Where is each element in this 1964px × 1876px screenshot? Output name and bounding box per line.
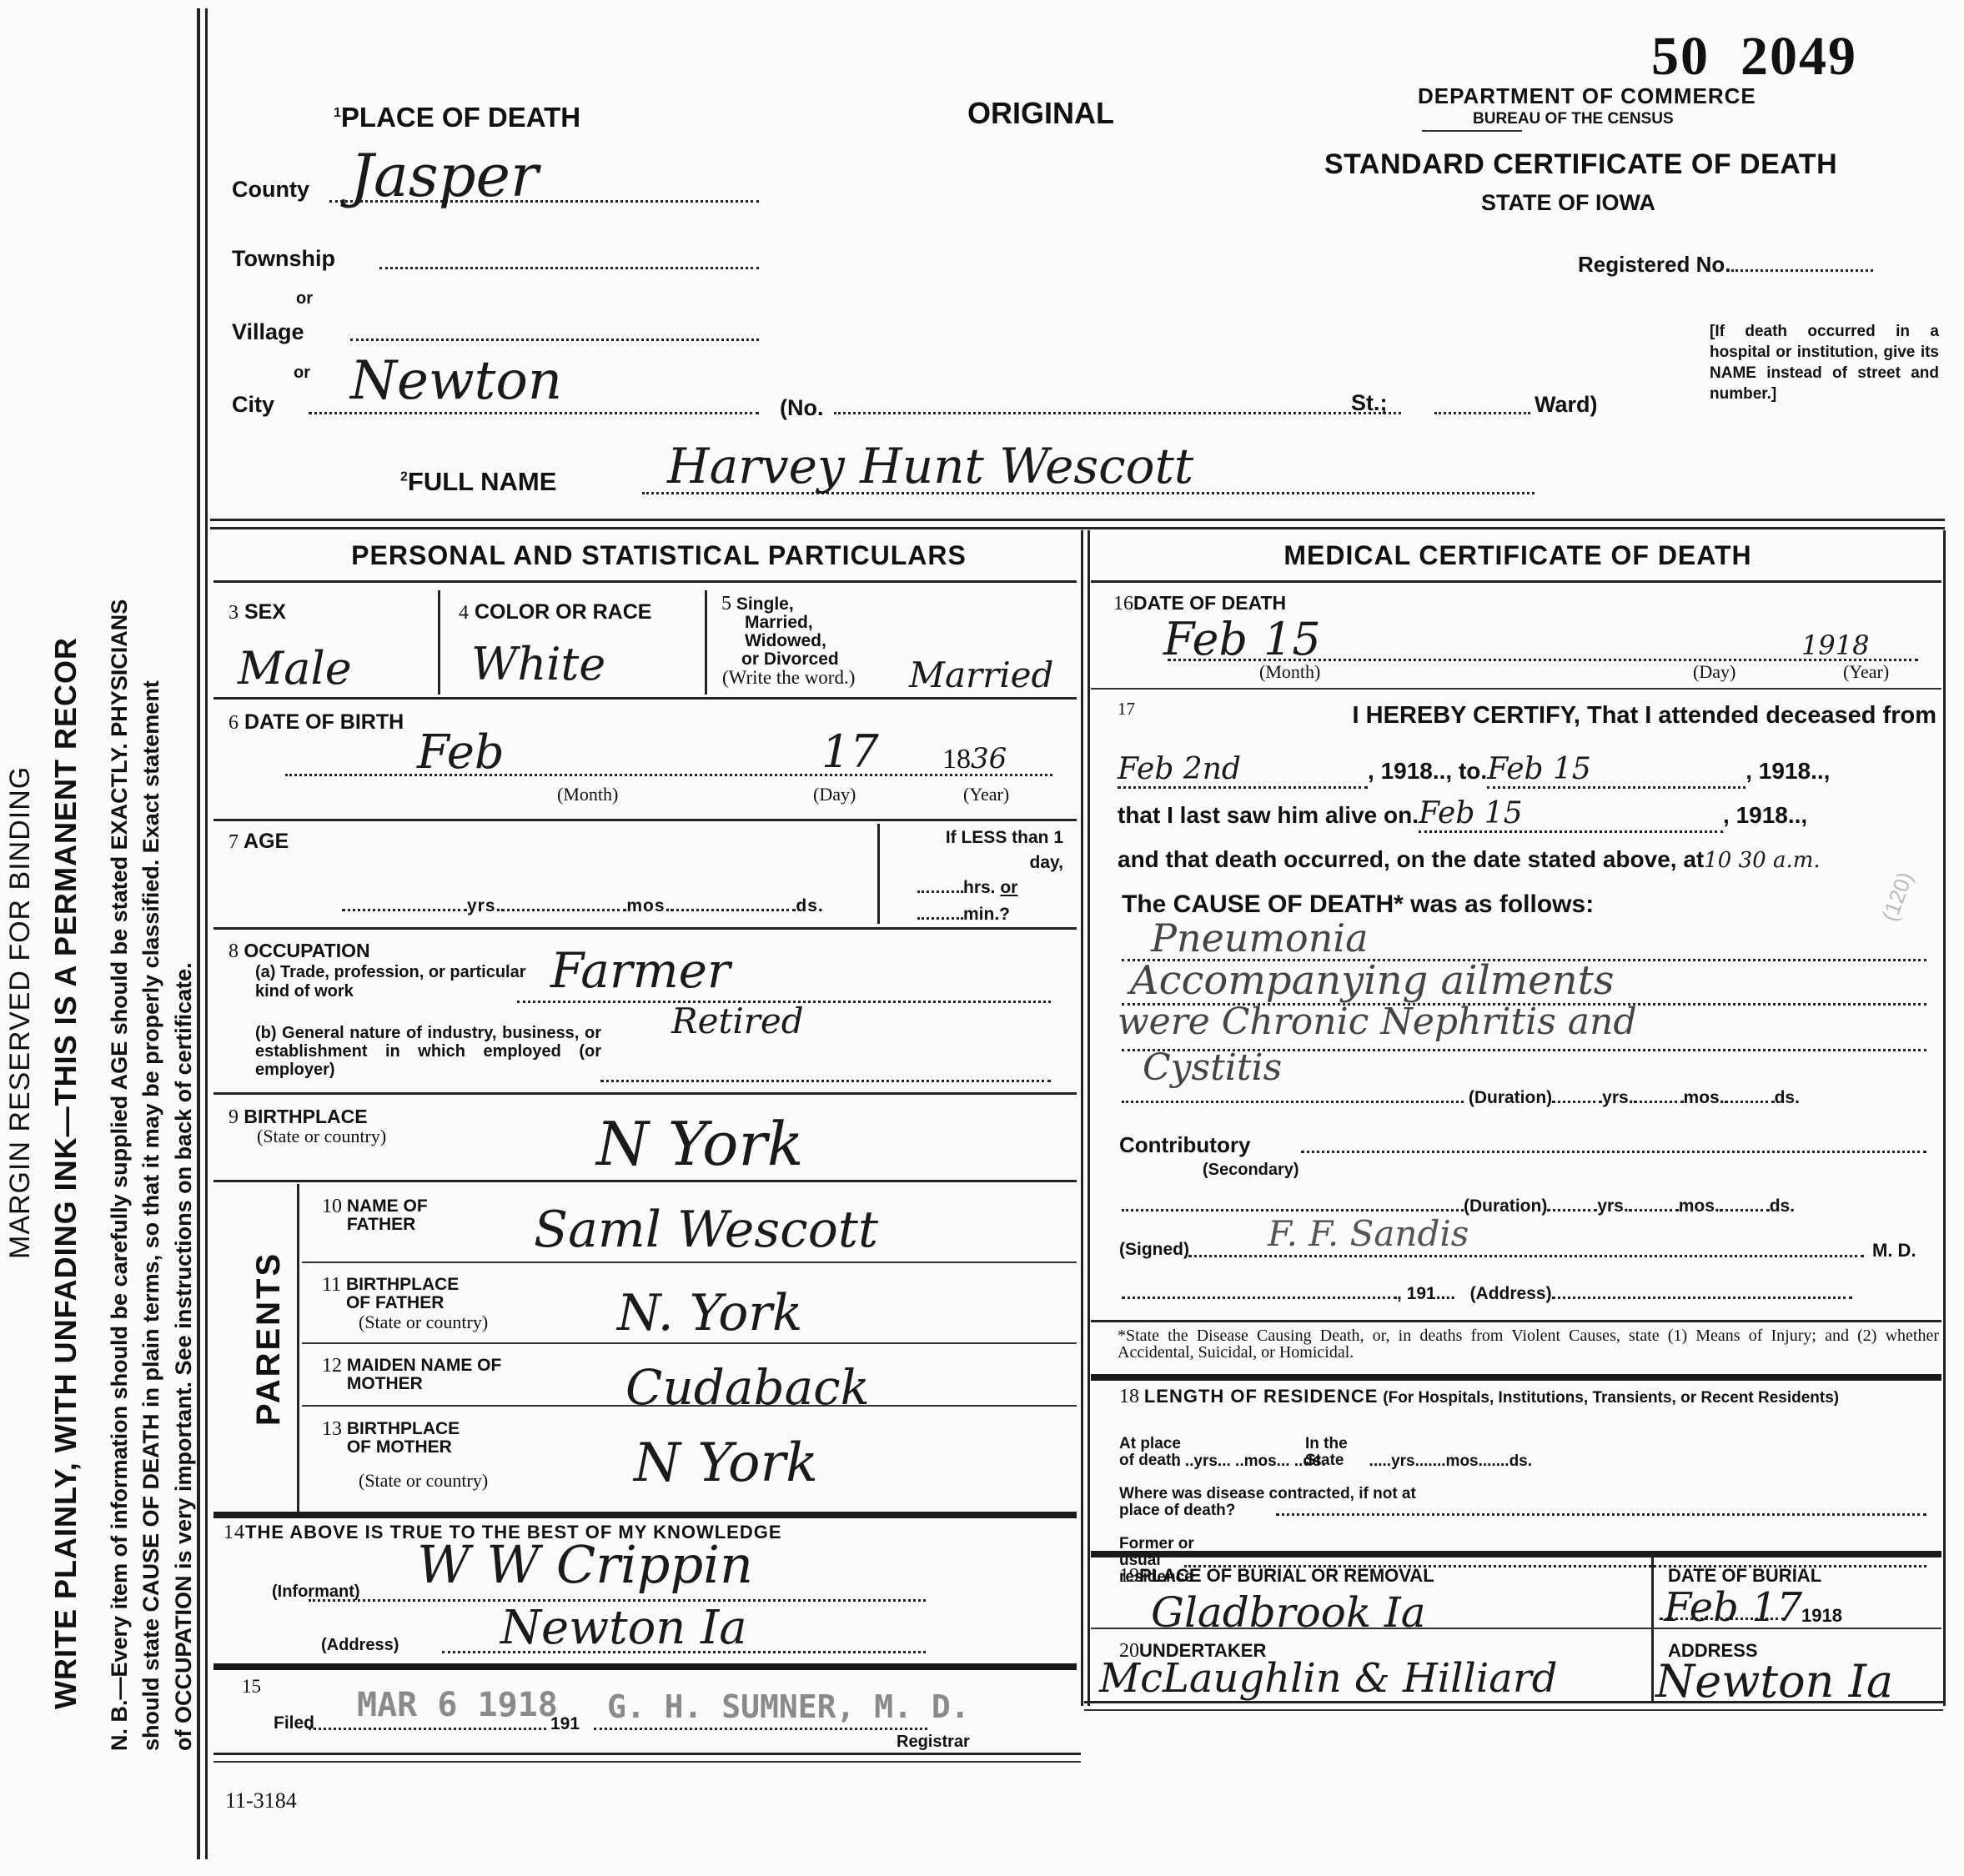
burial-place-value[interactable]: Gladbrook Ia [1151,1588,1426,1637]
sex-label: 3 SEX [229,600,286,624]
birthplace-sub: (State or country) [257,1126,386,1147]
filed-date-stamp: MAR 6 1918 [357,1686,558,1724]
color-value: White [471,638,605,690]
city-field[interactable] [309,412,759,414]
county-value: Jasper [350,142,538,210]
dob-month-value: Feb [417,725,505,780]
dod-month-value: Feb [1163,613,1248,665]
street-no-label: (No. [780,395,823,421]
parents-divider [297,1184,299,1517]
township-label: Township [232,246,335,272]
full-name-label: 2FULL NAME [400,467,556,497]
undertaker-address-value[interactable]: Newton Ia [1655,1655,1893,1708]
registrar-label: Registrar [897,1733,970,1752]
place-of-death-heading: 1PLACE OF DEATH [334,102,580,133]
row-rule-mother-maiden [302,1342,1077,1344]
occupation-label: 8 OCCUPATION [229,940,370,963]
father-birthplace-sub: (State or country) [359,1312,488,1333]
cause-line-3: were Chronic Nephritis and [1118,1001,1637,1043]
certificate-title: STANDARD CERTIFICATE OF DEATH [1324,148,1837,181]
cause-footnote: *State the Disease Causing Death, or, in… [1118,1327,1939,1361]
residence-in-state-field[interactable]: .....yrs.......mos.......ds. [1343,1452,1532,1471]
certify-occurred-row: and that death occurred, on the date sta… [1118,846,1821,873]
cause-line-4: Cystitis [1143,1046,1282,1089]
age-less-label: If LESS than 1 day, [913,825,1063,875]
registered-no-label: Registered No. [1578,252,1873,278]
row-rule-certify [1091,688,1941,690]
dod-month-caption: (Month) [1259,661,1320,683]
row-rule-occupation [213,927,1077,930]
md-label: M. D. [1872,1240,1916,1262]
contributory-field[interactable] [1301,1151,1926,1153]
certify-date-row: , 191.... (Address) [1122,1284,1852,1304]
contrib-yrs-field[interactable] [1547,1209,1597,1211]
bottom-rule-left-2 [213,1761,1081,1763]
burial-date-value: Feb 17 [1664,1584,1802,1631]
medical-heading-rule [1091,580,1941,583]
certify-last-saw-row: that I last saw him alive on.Feb 15, 191… [1118,796,1807,833]
birthplace-value: N York [596,1109,804,1179]
registered-no-field[interactable] [1731,269,1873,272]
street-no-field[interactable] [834,412,1401,414]
burial-label: 19PLACE OF BURIAL OR REMOVAL [1119,1565,1434,1588]
dob-day-value: 17 [821,725,879,778]
age-min-field[interactable]: min.? [917,905,1010,925]
occupation-a-label: (a) Trade, profession, or particular kin… [255,963,530,1001]
cause-duration-row: (Duration)yrs.mos.ds. [1122,1088,1800,1108]
street-label: St.; [1351,390,1388,416]
contributory-label: Contributory [1119,1132,1250,1158]
certify-from-row: Feb 2nd, 1918.., to.Feb 15, 1918.., [1118,752,1830,789]
dod-year-caption: (Year) [1843,661,1889,683]
village-field[interactable] [350,339,759,341]
residence-at-place-field[interactable]: .. ..yrs... ..mos... ..ds. [1172,1452,1326,1471]
color-marital-divider [705,590,707,695]
dob-month-caption: (Month) [557,784,618,805]
top-double-rule-2 [210,527,1945,529]
full-name-value: Harvey Hunt Wescott [667,438,1193,494]
informant-address-value: Newton Ia [500,1601,747,1655]
dob-year-caption: (Year) [963,784,1009,805]
informant-address-label: (Address) [321,1636,399,1655]
bureau-label: BUREAU OF THE CENSUS [1473,110,1674,128]
attended-to-field[interactable]: Feb 15 [1487,752,1745,789]
occupation-a-value: Farmer [550,942,731,999]
burial-date-year: 1918 [1801,1605,1842,1627]
certify-num: 17 [1118,699,1135,720]
cause-label: The CAUSE OF DEATH* was as follows: [1122,890,1594,919]
dod-day-value: 15 [1263,613,1321,665]
personal-heading: PERSONAL AND STATISTICAL PARTICULARS [242,540,1076,571]
occupation-b-label: (b) General nature of industry, business… [255,1024,601,1079]
last-saw-field[interactable]: Feb 15 [1419,796,1723,833]
original-label: ORIGINAL [967,96,1114,131]
residence-contracted-field[interactable] [1276,1513,1926,1516]
margin-mark-120: (120) [1876,869,1918,925]
dod-label: 16DATE OF DEATH [1113,592,1286,615]
age-label: 7 AGE [229,830,289,854]
age-hrs-field[interactable]: hrs. or [917,878,1017,898]
signed-field[interactable] [1188,1255,1864,1257]
city-label: City [232,392,274,418]
filed-date-field[interactable] [309,1728,546,1730]
row-rule-undertaker [1091,1628,1941,1629]
occupation-b-value: Retired [671,1001,804,1041]
informant-value: W W Crippin [417,1534,753,1595]
contrib-mos-field[interactable] [1629,1209,1679,1211]
personal-heading-rule [213,580,1077,583]
parents-label: PARENTS [250,1252,288,1426]
registrar-field[interactable] [594,1728,927,1730]
dod-day-caption: (Day) [1693,661,1735,683]
row-rule-footnote [1091,1320,1941,1322]
or-label-1: or [296,289,313,308]
medical-heading: MEDICAL CERTIFICATE OF DEATH [1093,540,1943,571]
state-label: STATE OF IOWA [1481,190,1655,216]
sex-color-divider [438,590,440,695]
top-double-rule [210,519,1945,521]
death-time-value[interactable]: 10 30 a.m. [1704,848,1820,873]
form-number: 11-3184 [225,1788,297,1813]
duration-mos-field[interactable] [1634,1101,1684,1103]
row-rule-informant [213,1512,1077,1518]
signed-value: F. F. Sandis [1268,1213,1469,1254]
hospital-note: [If death occurred in a hospital or inst… [1710,321,1939,404]
department-label: DEPARTMENT OF COMMERCE [1418,83,1756,109]
center-divider-2 [1087,530,1090,1706]
contrib-ds-field[interactable] [1720,1209,1770,1211]
row-rule-dob [213,697,1077,700]
form-border-right [1943,530,1946,1706]
margin-write-plainly: WRITE PLAINLY, WITH UNFADING INK—THIS IS… [48,637,83,1709]
dob-label: 6 DATE OF BIRTH [229,710,404,735]
dob-year: 1836 [942,742,1007,775]
section-num: 1 [334,106,341,120]
signed-label: (Signed) [1119,1240,1189,1260]
mother-maiden-label: 12 MAIDEN NAME OF MOTHER [322,1357,505,1393]
bottom-rule-right [1084,1701,1943,1703]
ward-field[interactable] [1434,412,1530,414]
county-label: County [232,177,309,203]
certify-date-field[interactable] [1122,1297,1397,1299]
residence-heading: 18 LENGTH OF RESIDENCE (For Hospitals, I… [1119,1388,1936,1407]
certify-line-1: I HEREBY CERTIFY, That I attended deceas… [1144,702,1936,730]
physician-address-field[interactable] [1552,1297,1852,1299]
secondary-label: (Secondary) [1203,1161,1299,1180]
form-border-left-inner [205,8,208,1859]
registrar-stamp: G. H. SUMNER, M. D. [607,1688,970,1725]
age-less-divider [877,824,880,924]
marital-value: Married [909,655,1053,695]
row-rule-filed [213,1663,1077,1670]
mother-birthplace-value: N York [634,1432,818,1494]
row-rule-residence [1091,1374,1941,1381]
filed-year-prefix: 191 [550,1714,580,1734]
undertaker-value[interactable]: McLaughlin & Hilliard [1099,1655,1558,1702]
margin-nb-line-1: N. B.—Every item of information should b… [107,599,133,1751]
mother-birthplace-label: 13 BIRTHPLACE OF MOTHER [322,1420,480,1457]
row-rule-burial [1091,1551,1941,1557]
village-label: Village [232,319,304,345]
row-rule-father-birthplace [302,1262,1077,1263]
marital-label: 5 Single, Married, Widowed, or Divorced [721,594,839,669]
father-birthplace-label: 11 BIRTHPLACE OF FATHER [322,1276,480,1312]
margin-nb-line-3: of OCCUPATION is very important. See ins… [171,962,197,1751]
dod-year-value: 1918 [1801,630,1869,661]
bottom-rule-right-2 [1084,1709,1943,1711]
color-label: 4 COLOR OR RACE [459,600,651,624]
row-rule-birthplace [213,1092,1077,1095]
cause-line-1: Pneumonia [1151,915,1369,961]
attended-from-field[interactable]: Feb 2nd [1118,752,1368,789]
sex-value: Male [238,642,352,695]
cause-line-2: Accompanying ailments [1130,957,1615,1004]
township-field[interactable] [379,267,759,269]
age-field[interactable]: yrs.mos.ds. [342,896,824,916]
dob-field[interactable] [285,774,1052,776]
row-rule-age [213,819,1077,821]
bottom-rule-left [213,1753,1081,1755]
file-number-stamp: 50 2049 [1651,25,1857,88]
row-rule-parents [213,1180,1077,1182]
father-birthplace-value: N. York [617,1284,802,1342]
duration-yrs-field[interactable] [1552,1101,1602,1103]
duration-ds-field[interactable] [1725,1101,1775,1103]
father-name-label: 10 NAME OF FATHER [322,1197,472,1234]
margin-nb-line-2: should state CAUSE OF DEATH in plain ter… [138,680,164,1751]
filed-label: Filed [274,1713,314,1733]
form-border-left [197,8,200,1859]
mother-birthplace-sub: (State or country) [359,1470,488,1492]
row-rule-mother-birthplace [302,1405,1077,1407]
marital-write-note: (Write the word.) [722,667,855,689]
father-name-value: Saml Wescott [534,1201,878,1259]
dob-day-caption: (Day) [813,784,856,805]
occupation-b-field[interactable] [600,1080,1051,1082]
center-divider [1081,530,1083,1706]
city-value: Newton [350,350,562,412]
margin-binding-text: MARGIN RESERVED FOR BINDING [4,766,37,1259]
ward-label: Ward) [1535,392,1598,418]
filed-num: 15 [242,1676,261,1698]
or-label-2: or [294,364,310,383]
mother-maiden-value: Cudaback [625,1359,870,1416]
header-rule [1422,130,1522,132]
